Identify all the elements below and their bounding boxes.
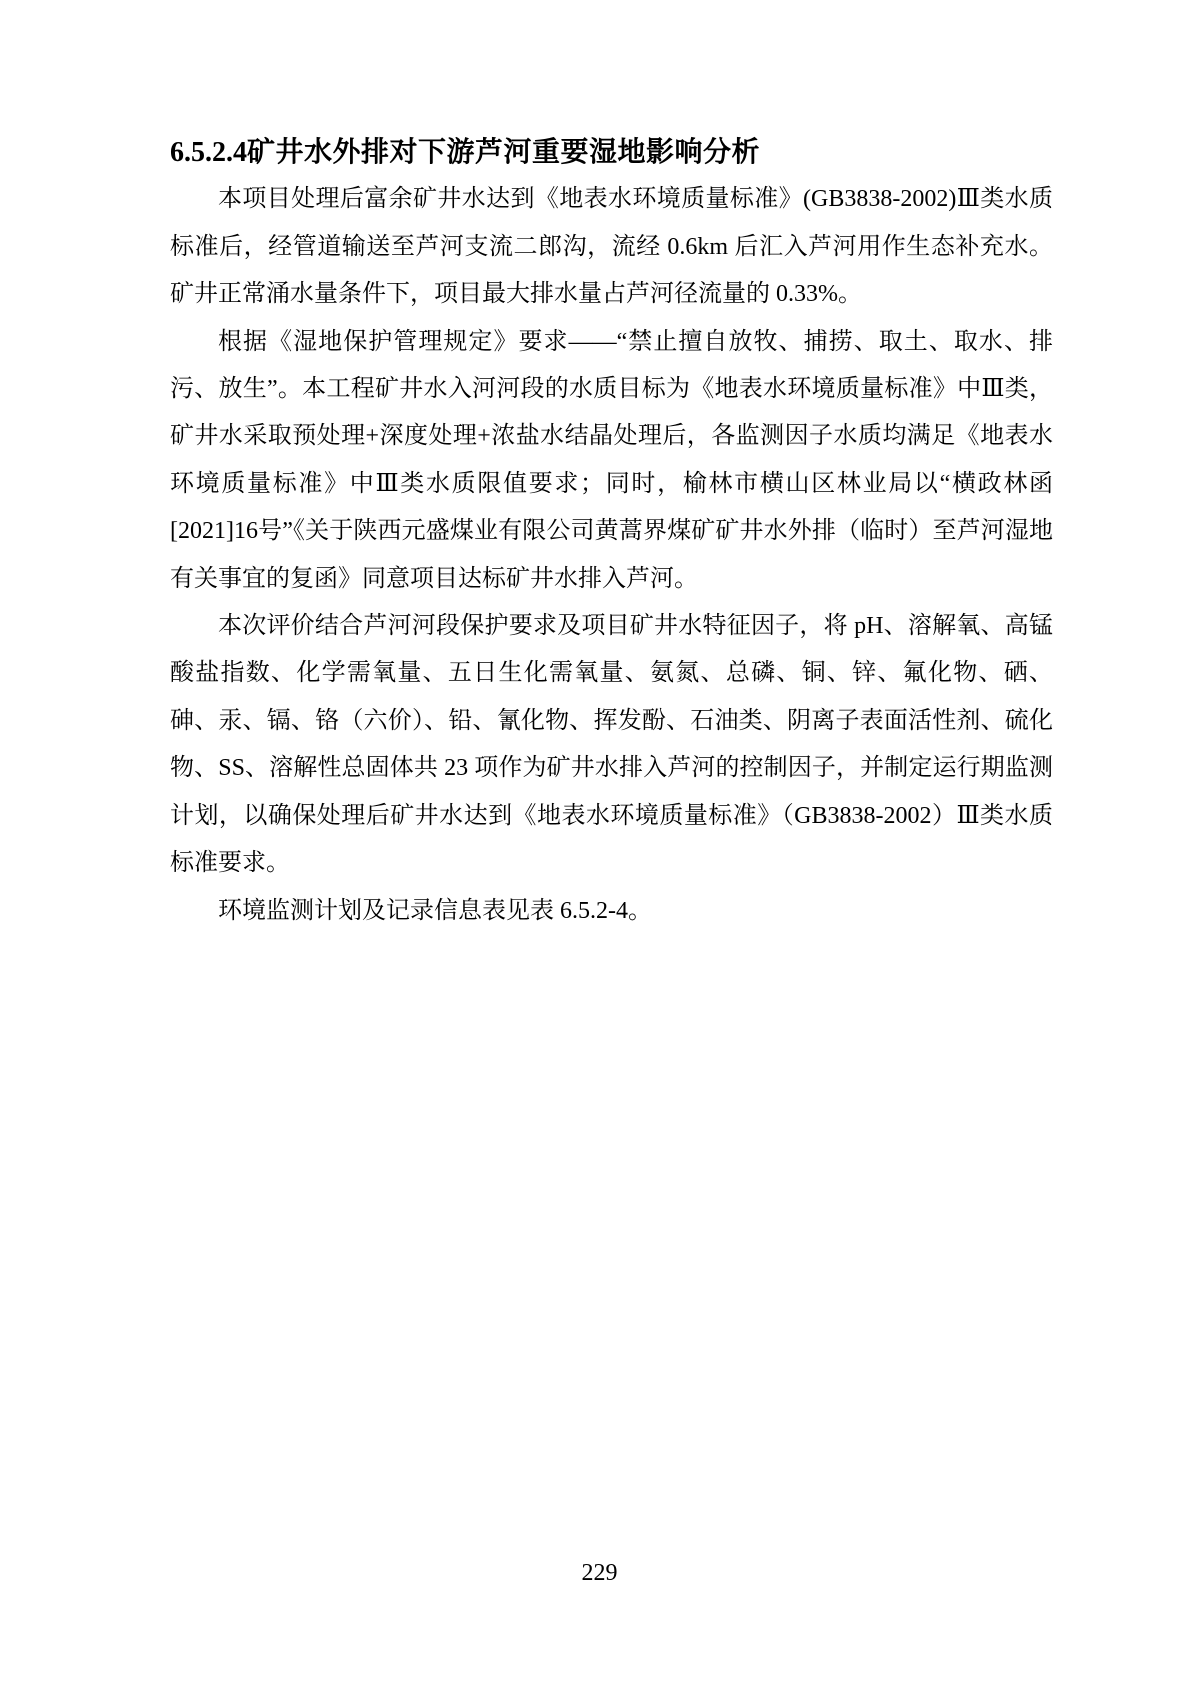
paragraph-control-factors: 本次评价结合芦河河段保护要求及项目矿井水特征因子，将 pH、溶解氧、高锰酸盐指数…: [170, 603, 1053, 887]
paragraph-mine-water-discharge: 本项目处理后富余矿井水达到《地表水环境质量标准》(GB3838-2002)Ⅲ类水…: [170, 176, 1053, 318]
section-heading-number: 6.5.2.4: [170, 137, 247, 168]
document-page: 6.5.2.4矿井水外排对下游芦河重要湿地影响分析 本项目处理后富余矿井水达到《…: [0, 0, 1199, 1696]
body-text: 本项目处理后富余矿井水达到《地表水环境质量标准》(GB3838-2002)Ⅲ类水…: [170, 176, 1053, 935]
paragraph-monitoring-table-reference: 环境监测计划及记录信息表见表 6.5.2-4。: [170, 888, 1053, 935]
section-heading: 6.5.2.4矿井水外排对下游芦河重要湿地影响分析: [170, 128, 1053, 176]
paragraph-wetland-regulation: 根据《湿地保护管理规定》要求——“禁止擅自放牧、捕捞、取土、取水、排污、放生”。…: [170, 319, 1053, 603]
section-heading-title: 矿井水外排对下游芦河重要湿地影响分析: [247, 136, 760, 167]
page-number: 229: [0, 1558, 1199, 1588]
